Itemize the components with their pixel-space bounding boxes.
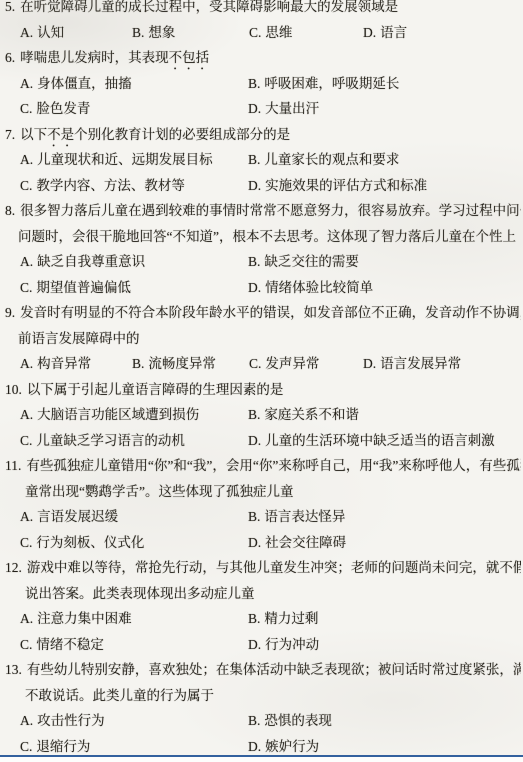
option-label: A. — [20, 76, 33, 91]
option-text: 缺乏自我尊重意识 — [37, 254, 145, 269]
stem-text: 个别化教育计划的必要组成部分的是 — [74, 127, 290, 142]
option-text: 缺乏交往的需要 — [264, 254, 359, 269]
option-label: B. — [248, 509, 260, 524]
stem-text: 问题时，会很干脆地回答“不知道”，根本不去思考。这体现了智力落后儿童在个性上 — [18, 229, 516, 244]
option-text: 呼吸困难，呼吸期延长 — [264, 76, 399, 91]
option-c: C.脸色发青 — [20, 96, 248, 122]
option-b: B.恐惧的表现 — [248, 708, 332, 734]
stem-text: 哮喘患儿发病时，其表现 — [20, 50, 169, 65]
option-text: 社会交往障碍 — [265, 535, 346, 550]
question-number: 12. — [5, 560, 22, 575]
option-label: D. — [248, 739, 261, 754]
option-text: 儿童现状和近、远期发展目标 — [37, 152, 213, 167]
question-stem: 问题时，会很干脆地回答“不知道”，根本不去思考。这体现了智力落后儿童在个性上 — [5, 224, 521, 250]
option-text: 大脑语言功能区域遭到损伤 — [37, 407, 199, 422]
question-7: 7.以下不是个别化教育计划的必要组成部分的是 A.儿童现状和近、远期发展目标 B… — [5, 122, 521, 199]
option-a: A.攻击性行为 — [20, 708, 248, 734]
option-text: 构音异常 — [37, 356, 91, 371]
option-b: B.流畅度异常 — [132, 351, 249, 377]
option-label: D. — [248, 280, 261, 295]
question-stem: 9.发音时有明显的不符合本阶段年龄水平的错误，如发音部位不正确，发音动作不协调，… — [5, 300, 521, 326]
option-label: B. — [132, 25, 144, 40]
option-label: D. — [248, 178, 261, 193]
option-text: 语言 — [380, 25, 407, 40]
option-label: B. — [248, 611, 260, 626]
option-b: B.想象 — [132, 20, 249, 46]
option-label: C. — [20, 535, 32, 550]
option-label: C. — [20, 178, 32, 193]
question-number: 10. — [5, 382, 22, 397]
question-stem: 6.哮喘患儿发病时，其表现不包括 — [5, 45, 521, 71]
option-text: 恐惧的表现 — [264, 713, 332, 728]
options-row: C.脸色发青 D.大量出汗 — [5, 96, 521, 122]
option-b: B.家庭关系不和谐 — [248, 402, 359, 428]
options-row: A.注意力集中困难 B.精力过剩 — [5, 606, 521, 632]
option-label: A. — [20, 152, 33, 167]
option-label: C. — [20, 739, 32, 754]
options-row: A.攻击性行为 B.恐惧的表现 — [5, 708, 521, 734]
option-a: A.儿童现状和近、远期发展目标 — [20, 147, 248, 173]
option-text: 言语发展迟缓 — [37, 509, 118, 524]
option-text: 情绪体验比较简单 — [265, 280, 373, 295]
option-c: C.情绪不稳定 — [20, 632, 248, 658]
option-text: 语言发展异常 — [380, 356, 461, 371]
option-d: D.情绪体验比较简单 — [248, 275, 373, 301]
option-c: C.发声异常 — [249, 351, 363, 377]
option-label: D. — [248, 637, 261, 652]
stem-text: 很多智力落后儿童在遇到较难的事情时常常不愿意努力，很容易放弃。学习过程中问他们 — [20, 203, 521, 218]
question-number: 5. — [5, 0, 15, 14]
option-a: A.大脑语言功能区域遭到损伤 — [20, 402, 248, 428]
question-stem: 13.有些幼儿特别安静，喜欢独处；在集体活动中缺乏表现欲；被问话时常过度紧张，满… — [5, 657, 521, 683]
option-text: 大量出汗 — [265, 101, 319, 116]
question-number: 8. — [5, 203, 15, 218]
option-a: A.构音异常 — [20, 351, 132, 377]
options-row: A.认知 B.想象 C.思维 D.语言 — [5, 20, 521, 46]
option-b: B.呼吸困难，呼吸期延长 — [248, 71, 399, 97]
options-row: A.儿童现状和近、远期发展目标 B.儿童家长的观点和要求 — [5, 147, 521, 173]
options-row: A.构音异常 B.流畅度异常 C.发声异常 D.语言发展异常 — [5, 351, 521, 377]
option-label: A. — [20, 509, 33, 524]
option-label: C. — [20, 101, 32, 116]
option-label: A. — [20, 254, 33, 269]
option-label: D. — [363, 356, 376, 371]
option-text: 退缩行为 — [36, 739, 90, 754]
option-text: 教学内容、方法、教材等 — [36, 178, 185, 193]
stem-text: 说出答案。此类表现体现出多动症儿童 — [25, 586, 255, 601]
question-11: 11.有些孤独症儿童错用“你”和“我”，会用“你”来称呼自己，用“我”来称呼他人… — [5, 453, 521, 555]
bottom-border-line — [0, 755, 523, 762]
stem-text: 不敢说话。此类儿童的行为属于 — [25, 688, 214, 703]
option-b: B.缺乏交往的需要 — [248, 249, 359, 275]
option-label: B. — [248, 254, 260, 269]
option-label: B. — [248, 76, 260, 91]
question-number: 9. — [5, 305, 15, 320]
option-d: D.语言发展异常 — [363, 351, 461, 377]
options-row: A.言语发展迟缓 B.语言表达怪异 — [5, 504, 521, 530]
option-text: 认知 — [37, 25, 64, 40]
option-d: D.大量出汗 — [248, 96, 319, 122]
option-d: D.实施效果的评估方式和标准 — [248, 173, 427, 199]
options-row: A.身体僵直，抽搐 B.呼吸困难，呼吸期延长 — [5, 71, 521, 97]
question-stem: 11.有些孤独症儿童错用“你”和“我”，会用“你”来称呼自己，用“我”来称呼他人… — [5, 453, 521, 479]
option-c: C.思维 — [249, 20, 363, 46]
options-row: C.情绪不稳定 D.行为冲动 — [5, 632, 521, 658]
option-label: A. — [20, 25, 33, 40]
stem-text: 有些幼儿特别安静，喜欢独处；在集体活动中缺乏表现欲；被问话时常过度紧张，满脸通红… — [27, 662, 521, 677]
question-stem: 前语言发展障碍中的 — [5, 326, 521, 352]
option-label: C. — [249, 356, 261, 371]
question-stem: 10.以下属于引起儿童语言障碍的生理因素的是 — [5, 377, 521, 403]
option-label: C. — [249, 25, 261, 40]
option-a: A.注意力集中困难 — [20, 606, 248, 632]
question-number: 11. — [5, 458, 21, 473]
option-label: B. — [248, 152, 260, 167]
option-a: A.言语发展迟缓 — [20, 504, 248, 530]
stem-text: 有些孤独症儿童错用“你”和“我”，会用“你”来称呼自己，用“我”来称呼他人，有些… — [26, 458, 521, 473]
option-label: D. — [248, 433, 261, 448]
stem-text: 以下 — [20, 127, 47, 142]
option-d: D.儿童的生活环境中缺乏适当的语言刺激 — [248, 428, 495, 454]
option-label: C. — [20, 637, 32, 652]
question-stem: 5.在听觉障碍儿童的成长过程中，受其障碍影响最大的发展领域是 — [5, 0, 521, 20]
option-text: 发声异常 — [265, 356, 319, 371]
stem-emphasized-text: 不包括 — [169, 50, 210, 65]
option-text: 情绪不稳定 — [36, 637, 104, 652]
option-text: 儿童的生活环境中缺乏适当的语言刺激 — [265, 433, 495, 448]
option-text: 攻击性行为 — [37, 713, 105, 728]
stem-text: 在听觉障碍儿童的成长过程中，受其障碍影响最大的发展领域是 — [20, 0, 398, 14]
option-label: D. — [248, 101, 261, 116]
option-text: 精力过剩 — [264, 611, 318, 626]
option-text: 期望值普遍偏低 — [36, 280, 131, 295]
option-a: A.缺乏自我尊重意识 — [20, 249, 248, 275]
stem-emphasized-text: 不是 — [47, 127, 74, 142]
question-number: 7. — [5, 127, 15, 142]
option-text: 行为刻板、仪式化 — [36, 535, 144, 550]
option-label: D. — [363, 25, 376, 40]
options-row: A.缺乏自我尊重意识 B.缺乏交往的需要 — [5, 249, 521, 275]
question-5: 5.在听觉障碍儿童的成长过程中，受其障碍影响最大的发展领域是 A.认知 B.想象… — [5, 0, 521, 45]
option-label: C. — [20, 433, 32, 448]
stem-text: 以下属于引起儿童语言障碍的生理因素的是 — [27, 382, 284, 397]
option-text: 脸色发青 — [36, 101, 90, 116]
question-number: 6. — [5, 50, 15, 65]
question-13: 13.有些幼儿特别安静，喜欢独处；在集体活动中缺乏表现欲；被问话时常过度紧张，满… — [5, 657, 521, 759]
question-8: 8.很多智力落后儿童在遇到较难的事情时常常不愿意努力，很容易放弃。学习过程中问他… — [5, 198, 521, 300]
question-9: 9.发音时有明显的不符合本阶段年龄水平的错误，如发音部位不正确，发音动作不协调，… — [5, 300, 521, 377]
option-text: 儿童缺乏学习语言的动机 — [36, 433, 185, 448]
option-label: D. — [248, 535, 261, 550]
question-6: 6.哮喘患儿发病时，其表现不包括 A.身体僵直，抽搐 B.呼吸困难，呼吸期延长 … — [5, 45, 521, 122]
question-stem: 7.以下不是个别化教育计划的必要组成部分的是 — [5, 122, 521, 148]
option-b: B.精力过剩 — [248, 606, 318, 632]
option-d: D.行为冲动 — [248, 632, 319, 658]
option-d: D.语言 — [363, 20, 407, 46]
stem-text: 游戏中难以等待，常抢先行动，与其他儿童发生冲突；老师的问题尚未问完，就不假思考地 — [27, 560, 521, 575]
option-text: 语言表达怪异 — [264, 509, 345, 524]
options-row: A.大脑语言功能区域遭到损伤 B.家庭关系不和谐 — [5, 402, 521, 428]
option-c: C.期望值普遍偏低 — [20, 275, 248, 301]
option-text: 儿童家长的观点和要求 — [264, 152, 399, 167]
exam-content: 5.在听觉障碍儿童的成长过程中，受其障碍影响最大的发展领域是 A.认知 B.想象… — [0, 0, 523, 759]
option-label: B. — [248, 407, 260, 422]
options-row: C.教学内容、方法、教材等 D.实施效果的评估方式和标准 — [5, 173, 521, 199]
option-text: 思维 — [265, 25, 292, 40]
option-label: A. — [20, 713, 33, 728]
option-label: B. — [132, 356, 144, 371]
option-text: 流畅度异常 — [148, 356, 216, 371]
options-row: C.儿童缺乏学习语言的动机 D.儿童的生活环境中缺乏适当的语言刺激 — [5, 428, 521, 454]
question-number: 13. — [5, 662, 22, 677]
option-text: 注意力集中困难 — [37, 611, 132, 626]
option-a: A.身体僵直，抽搐 — [20, 71, 248, 97]
option-label: A. — [20, 407, 33, 422]
stem-text: 前语言发展障碍中的 — [18, 331, 140, 346]
question-stem: 8.很多智力落后儿童在遇到较难的事情时常常不愿意努力，很容易放弃。学习过程中问他… — [5, 198, 521, 224]
scanned-exam-page: 5.在听觉障碍儿童的成长过程中，受其障碍影响最大的发展领域是 A.认知 B.想象… — [0, 0, 523, 762]
option-text: 嫉妒行为 — [265, 739, 319, 754]
option-b: B.语言表达怪异 — [248, 504, 345, 530]
option-text: 家庭关系不和谐 — [264, 407, 359, 422]
option-c: C.行为刻板、仪式化 — [20, 530, 248, 556]
options-row: C.行为刻板、仪式化 D.社会交往障碍 — [5, 530, 521, 556]
option-text: 想象 — [148, 25, 175, 40]
option-label: A. — [20, 611, 33, 626]
option-c: C.教学内容、方法、教材等 — [20, 173, 248, 199]
option-a: A.认知 — [20, 20, 132, 46]
stem-text: 发音时有明显的不符合本阶段年龄水平的错误，如发音部位不正确，发音动作不协调，属学 — [20, 305, 521, 320]
option-label: A. — [20, 356, 33, 371]
option-label: B. — [248, 713, 260, 728]
question-10: 10.以下属于引起儿童语言障碍的生理因素的是 A.大脑语言功能区域遭到损伤 B.… — [5, 377, 521, 454]
option-b: B.儿童家长的观点和要求 — [248, 147, 399, 173]
question-stem: 不敢说话。此类儿童的行为属于 — [5, 683, 521, 709]
stem-text: 童常出现“鹦鹉学舌”。这些体现了孤独症儿童 — [25, 484, 293, 499]
option-d: D.社会交往障碍 — [248, 530, 346, 556]
options-row: C.期望值普遍偏低 D.情绪体验比较简单 — [5, 275, 521, 301]
question-12: 12.游戏中难以等待，常抢先行动，与其他儿童发生冲突；老师的问题尚未问完，就不假… — [5, 555, 521, 657]
option-text: 行为冲动 — [265, 637, 319, 652]
question-stem: 童常出现“鹦鹉学舌”。这些体现了孤独症儿童 — [5, 479, 521, 505]
option-c: C.儿童缺乏学习语言的动机 — [20, 428, 248, 454]
option-text: 实施效果的评估方式和标准 — [265, 178, 427, 193]
option-label: C. — [20, 280, 32, 295]
question-stem: 12.游戏中难以等待，常抢先行动，与其他儿童发生冲突；老师的问题尚未问完，就不假… — [5, 555, 521, 581]
question-stem: 说出答案。此类表现体现出多动症儿童 — [5, 581, 521, 607]
option-text: 身体僵直，抽搐 — [37, 76, 132, 91]
